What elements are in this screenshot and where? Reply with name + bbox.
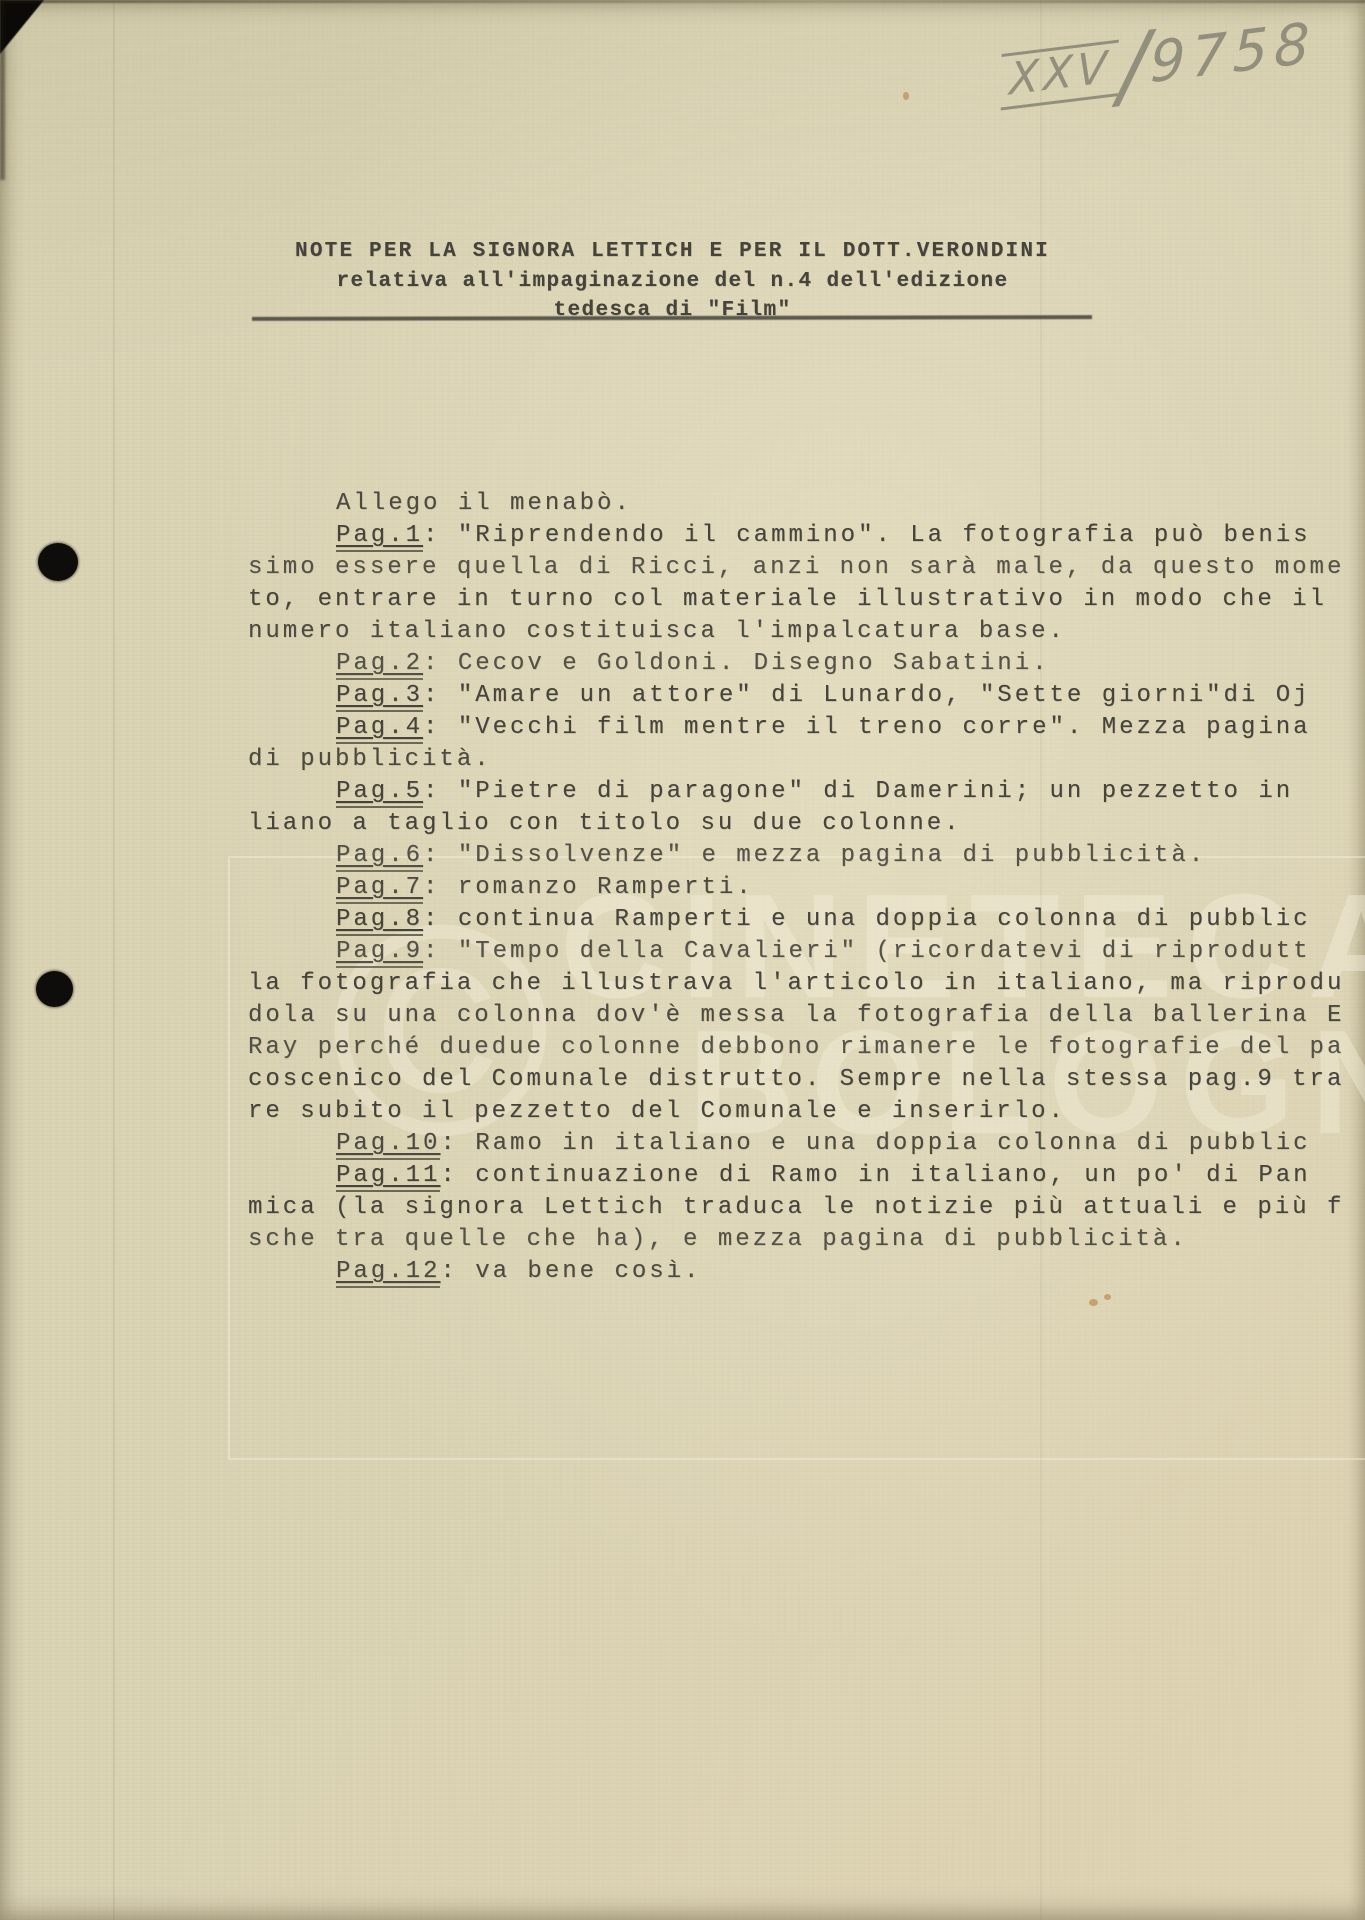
document-body: Allego il menabò. Pag.1: "Riprendendo il… xyxy=(248,490,1365,1290)
body-line: Pag.12: va bene così. xyxy=(248,1258,1365,1290)
body-line: Allego il menabò. xyxy=(248,490,1365,522)
line-text: : "Riprendendo il cammino". La fotografi… xyxy=(423,522,1311,549)
body-line: liano a taglio con titolo su due colonne… xyxy=(248,810,1365,842)
title-line-2: relativa all'impaginazione del n.4 dell'… xyxy=(250,270,1095,293)
line-text: : Ramo in italiano e una doppia colonna … xyxy=(440,1130,1310,1157)
body-line: to, entrare in turno col materiale illus… xyxy=(248,586,1365,618)
body-line: Pag.5: "Pietre di paragone" di Damerini;… xyxy=(248,778,1365,810)
body-line: Pag.1: "Riprendendo il cammino". La foto… xyxy=(248,522,1365,554)
line-text: Allego il menabò. xyxy=(336,490,632,517)
title-line-1: NOTE PER LA SIGNORA LETTICH E PER IL DOT… xyxy=(250,240,1095,263)
line-text: la fotografia che illustrava l'articolo … xyxy=(248,970,1344,997)
line-text: : "Dissolvenze" e mezza pagina di pubbli… xyxy=(423,842,1206,869)
page-ref-label: Pag.3 xyxy=(336,682,423,712)
line-text: : continua Ramperti e una doppia colonna… xyxy=(423,906,1311,933)
line-text: : Cecov e Goldoni. Disegno Sabatini. xyxy=(423,650,1049,677)
punch-hole-top xyxy=(38,543,78,581)
line-text: sche tra quelle che ha), e mezza pagina … xyxy=(248,1226,1188,1253)
body-line: Pag.3: "Amare un attore" di Lunardo, "Se… xyxy=(248,682,1365,714)
line-text: : "Amare un attore" di Lunardo, "Sette g… xyxy=(423,682,1311,709)
body-line: Pag.11: continuazione di Ramo in italian… xyxy=(248,1162,1365,1194)
body-line: la fotografia che illustrava l'articolo … xyxy=(248,970,1365,1002)
paper-stain xyxy=(1104,1294,1111,1300)
page-ref-label: Pag.10 xyxy=(336,1130,440,1160)
body-line: Pag.4: "Vecchi film mentre il treno corr… xyxy=(248,714,1365,746)
handwritten-archive-number: XXV / 9758 xyxy=(1001,8,1316,118)
page-ref-label: Pag.2 xyxy=(336,650,423,680)
document-title: NOTE PER LA SIGNORA LETTICH E PER IL DOT… xyxy=(250,240,1095,322)
page-ref-label: Pag.5 xyxy=(336,778,423,808)
line-text: numero italiano costituisca l'impalcatur… xyxy=(248,618,1066,645)
body-line: numero italiano costituisca l'impalcatur… xyxy=(248,618,1365,650)
line-text: : va bene così. xyxy=(440,1258,701,1285)
line-text: : "Pietre di paragone" di Damerini; un p… xyxy=(423,778,1293,805)
body-line: Pag.2: Cecov e Goldoni. Disegno Sabatini… xyxy=(248,650,1365,682)
line-text: re subito il pezzetto del Comunale e ins… xyxy=(248,1098,1066,1125)
body-line: Ray perché duedue colonne debbono rimane… xyxy=(248,1034,1365,1066)
page-ref-label: Pag.7 xyxy=(336,874,423,904)
scan-edge-shadow-left xyxy=(0,0,5,180)
line-text: : continuazione di Ramo in italiano, un … xyxy=(440,1162,1310,1189)
body-line: mica (la signora Lettich traduca le noti… xyxy=(248,1194,1365,1226)
body-line: Pag.7: romanzo Ramperti. xyxy=(248,874,1365,906)
line-text: : "Tempo della Cavalieri" (ricordatevi d… xyxy=(423,938,1311,965)
line-text: di pubblicità. xyxy=(248,746,492,773)
body-line: Pag.10: Ramo in italiano e una doppia co… xyxy=(248,1130,1365,1162)
scanned-document-page: © CINETECA BOLOGNA XXV / 9758 NOTE PER L… xyxy=(0,0,1365,1920)
page-ref-label: Pag.1 xyxy=(336,522,423,552)
body-line: dola su una colonna dov'è messa la fotog… xyxy=(248,1002,1365,1034)
line-text: coscenico del Comunale distrutto. Sempre… xyxy=(248,1066,1344,1093)
line-text: to, entrare in turno col materiale illus… xyxy=(248,586,1327,613)
line-text: dola su una colonna dov'è messa la fotog… xyxy=(248,1002,1344,1029)
punch-hole-bottom xyxy=(36,971,73,1007)
paper-stain xyxy=(1089,1299,1098,1306)
line-text: simo essere quella di Ricci, anzi non sa… xyxy=(248,554,1344,581)
line-text: liano a taglio con titolo su due colonne… xyxy=(248,810,962,837)
handwritten-number: 9758 xyxy=(1150,16,1316,93)
paper-stain xyxy=(903,92,909,100)
page-ref-label: Pag.12 xyxy=(336,1258,440,1288)
scan-corner-shadow xyxy=(0,0,44,54)
body-line: coscenico del Comunale distrutto. Sempre… xyxy=(248,1066,1365,1098)
page-ref-label: Pag.6 xyxy=(336,842,423,872)
page-ref-label: Pag.11 xyxy=(336,1162,440,1192)
line-text: : romanzo Ramperti. xyxy=(423,874,754,901)
body-line: di pubblicità. xyxy=(248,746,1365,778)
page-ref-label: Pag.4 xyxy=(336,714,423,744)
scan-edge-shadow-top xyxy=(0,0,1365,3)
body-line: Pag.6: "Dissolvenze" e mezza pagina di p… xyxy=(248,842,1365,874)
page-ref-label: Pag.8 xyxy=(336,906,423,936)
body-line: Pag.9: "Tempo della Cavalieri" (ricordat… xyxy=(248,938,1365,970)
paper-fold-line-left xyxy=(113,0,115,1920)
body-line: sche tra quelle che ha), e mezza pagina … xyxy=(248,1226,1365,1258)
line-text: Ray perché duedue colonne debbono rimane… xyxy=(248,1034,1344,1061)
handwritten-slash: / xyxy=(1118,29,1149,104)
line-text: : "Vecchi film mentre il treno corre". M… xyxy=(423,714,1311,741)
body-line: re subito il pezzetto del Comunale e ins… xyxy=(248,1098,1365,1130)
body-line: Pag.8: continua Ramperti e una doppia co… xyxy=(248,906,1365,938)
body-line: simo essere quella di Ricci, anzi non sa… xyxy=(248,554,1365,586)
page-ref-label: Pag.9 xyxy=(336,938,423,968)
line-text: mica (la signora Lettich traduca le noti… xyxy=(248,1194,1344,1221)
handwritten-roman-numeral: XXV xyxy=(1001,40,1119,111)
